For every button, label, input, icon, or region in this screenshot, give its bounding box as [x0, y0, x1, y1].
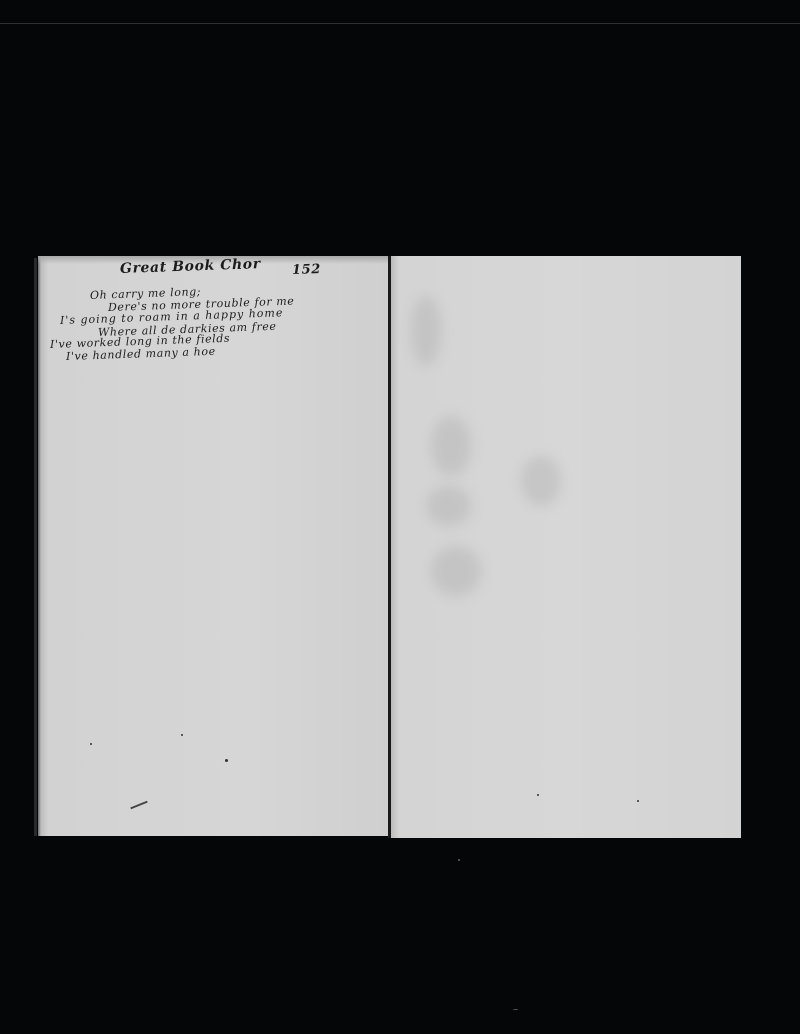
ink-speck	[90, 743, 92, 745]
binding-edge	[34, 258, 37, 836]
smudge	[521, 456, 561, 506]
manuscript-line-6: I've handled many a hoe	[66, 346, 216, 362]
scan-speck	[513, 1009, 518, 1010]
pen-stroke-mark	[130, 801, 147, 810]
scan-artifact-line	[0, 23, 800, 24]
smudge	[431, 546, 481, 596]
smudge	[411, 296, 441, 366]
scan-speck	[458, 859, 460, 861]
page-header: Great Book Chor	[120, 257, 261, 276]
ink-speck	[537, 794, 539, 796]
smudge	[426, 486, 471, 526]
ink-speck	[225, 759, 228, 762]
left-page: Great Book Chor 152 Oh carry me long; De…	[38, 256, 389, 836]
smudge	[431, 416, 471, 476]
ink-speck	[181, 734, 183, 736]
ink-speck	[637, 800, 639, 802]
page-number: 152	[292, 263, 321, 277]
right-page	[391, 256, 741, 838]
